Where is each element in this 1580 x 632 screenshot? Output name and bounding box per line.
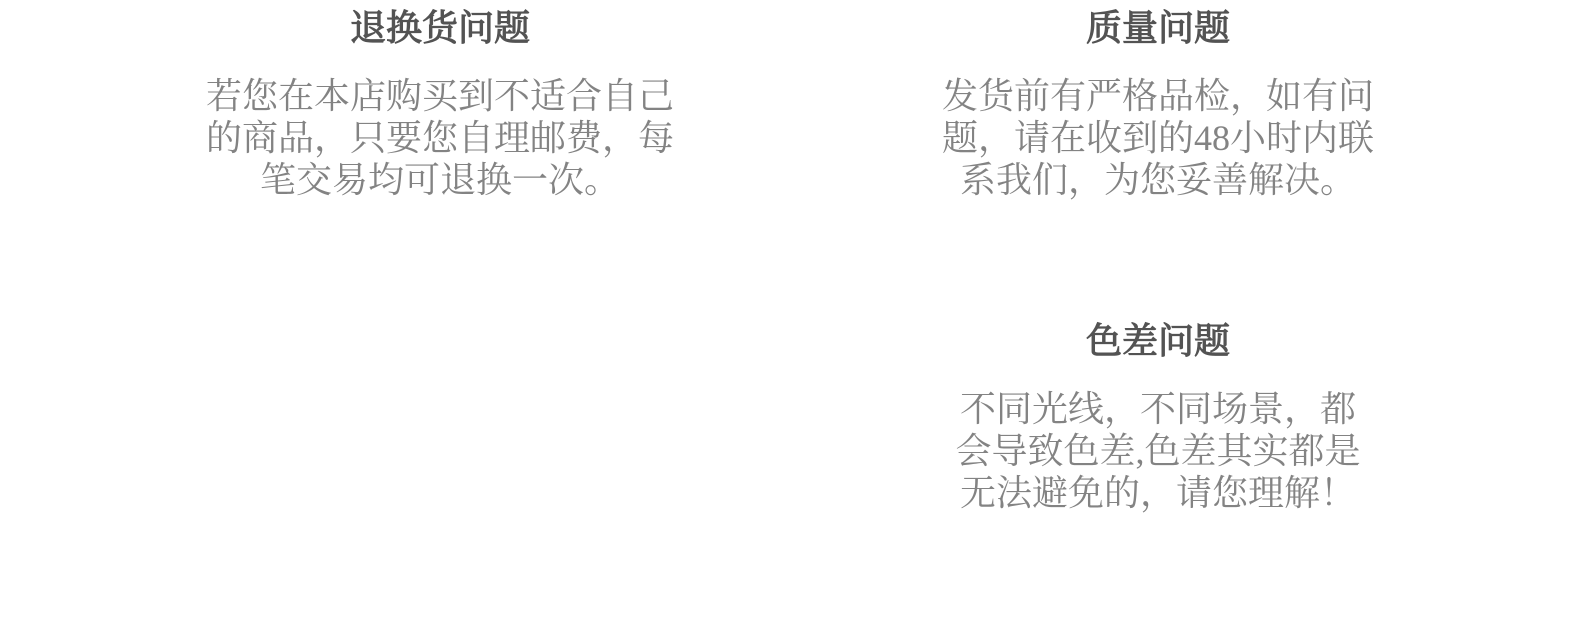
section-color-difference: 色差问题 不同光线，不同场景，都 会导致色差,色差其实都是 无法避免的，请您理解… <box>858 321 1458 514</box>
section-color-difference-body: 不同光线，不同场景，都 会导致色差,色差其实都是 无法避免的，请您理解！ <box>858 388 1458 514</box>
section-quality-body: 发货前有严格品检，如有问 题，请在收到的48小时内联 系我们，为您妥善解决。 <box>858 75 1458 201</box>
section-returns-title: 退换货问题 <box>140 8 740 48</box>
section-quality: 质量问题 发货前有严格品检，如有问 题，请在收到的48小时内联 系我们，为您妥善… <box>858 8 1458 201</box>
section-returns-body: 若您在本店购买到不适合自己 的商品，只要您自理邮费，每 笔交易均可退换一次。 <box>140 75 740 201</box>
section-quality-title: 质量问题 <box>858 8 1458 48</box>
section-returns: 退换货问题 若您在本店购买到不适合自己 的商品，只要您自理邮费，每 笔交易均可退… <box>140 8 740 201</box>
aftersales-faq-page: 退换货问题 若您在本店购买到不适合自己 的商品，只要您自理邮费，每 笔交易均可退… <box>0 0 1580 632</box>
section-color-difference-title: 色差问题 <box>858 321 1458 361</box>
